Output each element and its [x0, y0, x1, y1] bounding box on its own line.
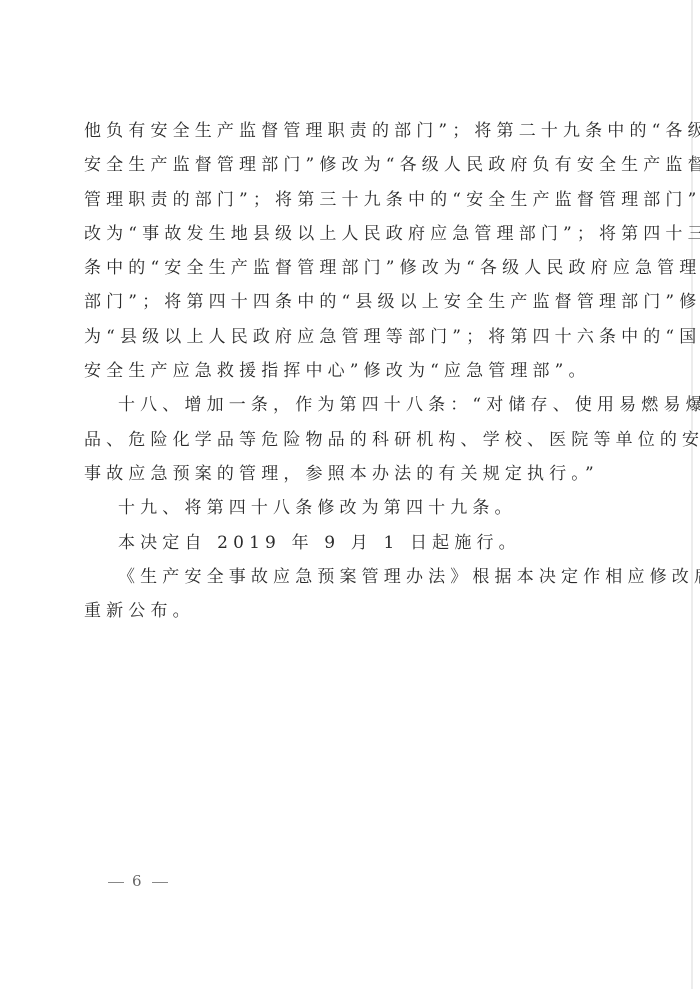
- page-edge-divider: [691, 0, 693, 989]
- document-page: 他负有安全生产监督管理职责的部门”；将第二十九条中的“各级 安全生产监督管理部门…: [0, 0, 700, 989]
- text-line: 事故应急预案的管理，参照本办法的有关规定执行。”: [84, 457, 600, 491]
- page-number-footer: 6: [100, 872, 176, 890]
- republish-paragraph-start: 《生产安全事故应急预案管理办法》根据本决定作相应修改后: [84, 560, 600, 594]
- paragraph-19: 十九、将第四十八条修改为第四十九条。: [84, 491, 600, 525]
- text-line: 重新公布。: [84, 594, 600, 628]
- text-line: 条中的“安全生产监督管理部门”修改为“各级人民政府应急管理: [84, 251, 600, 285]
- text-line: 改为“事故发生地县级以上人民政府应急管理部门”；将第四十三: [84, 217, 600, 251]
- text-line: 品、危险化学品等危险物品的科研机构、学校、医院等单位的安全: [84, 423, 600, 457]
- text-line: 安全生产监督管理部门”修改为“各级人民政府负有安全生产监督: [84, 148, 600, 182]
- dash-right: [152, 882, 168, 883]
- page-number: 6: [132, 872, 144, 890]
- dash-left: [108, 882, 124, 883]
- paragraph-18-start: 十八、增加一条，作为第四十八条：“对储存、使用易燃易爆物: [84, 388, 600, 422]
- text-line: 为“县级以上人民政府应急管理等部门”；将第四十六条中的“国家: [84, 320, 600, 354]
- text-line: 安全生产应急救援指挥中心”修改为“应急管理部”。: [84, 354, 600, 388]
- document-body: 他负有安全生产监督管理职责的部门”；将第二十九条中的“各级 安全生产监督管理部门…: [84, 114, 600, 628]
- effective-date-paragraph: 本决定自 2019 年 9 月 1 日起施行。: [84, 526, 600, 560]
- text-line: 他负有安全生产监督管理职责的部门”；将第二十九条中的“各级: [84, 114, 600, 148]
- text-line: 管理职责的部门”；将第三十九条中的“安全生产监督管理部门”修: [84, 183, 600, 217]
- text-line: 部门”；将第四十四条中的“县级以上安全生产监督管理部门”修改: [84, 285, 600, 319]
